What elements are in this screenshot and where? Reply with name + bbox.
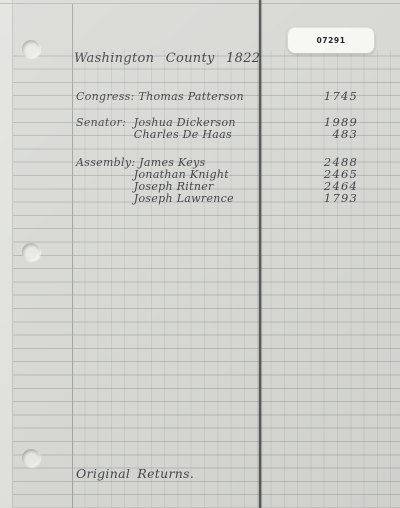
vote-count: 483	[332, 127, 358, 141]
candidate-line: Charles De Haas	[76, 128, 232, 141]
candidate-line: Congress: Thomas Patterson	[76, 90, 244, 103]
hole-punch	[22, 449, 40, 467]
office-label: Congress:	[76, 90, 135, 103]
vote-count: 1793	[324, 191, 358, 205]
footer-note: Original Returns.	[76, 466, 194, 481]
vote-count: 1745	[324, 89, 358, 103]
hole-punch	[22, 40, 40, 58]
page-left-edge	[0, 0, 13, 508]
candidate-name: Joseph Lawrence	[134, 192, 234, 205]
return-row: Charles De Haas 483	[76, 127, 358, 141]
margin-rule-line	[72, 4, 73, 508]
page-top-edge	[0, 3, 400, 4]
candidate-name: Thomas Patterson	[138, 90, 243, 103]
return-row: Congress: Thomas Patterson 1745	[76, 89, 358, 103]
hole-punch	[22, 243, 40, 261]
scanned-ledger-page: 07291 Washington County 1822 Congress: T…	[0, 0, 400, 508]
column-divider-line	[259, 0, 261, 508]
catalog-number-sticker: 07291	[288, 28, 374, 53]
page-title: Washington County 1822	[74, 51, 260, 66]
return-row: Joseph Lawrence 1793	[76, 191, 358, 205]
candidate-line: Joseph Lawrence	[76, 192, 234, 205]
catalog-number: 07291	[316, 36, 345, 45]
candidate-name: Charles De Haas	[134, 128, 232, 141]
